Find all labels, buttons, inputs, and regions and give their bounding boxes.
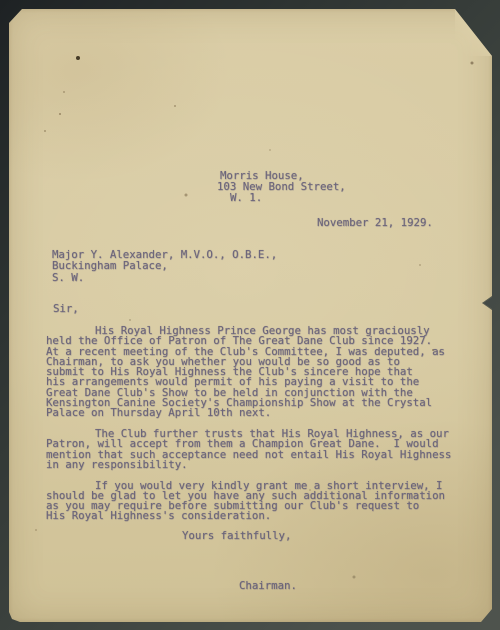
foxing-spots bbox=[9, 9, 11, 11]
body-paragraph-2: The Club further trusts that His Royal H… bbox=[46, 429, 474, 470]
signature-title: Chairman. bbox=[239, 581, 297, 591]
letter-date: November 21, 1929. bbox=[317, 218, 433, 228]
closing-valediction: Yours faithfully, bbox=[182, 531, 291, 541]
body-paragraph-3: If you would very kindly grant me a shor… bbox=[46, 481, 474, 522]
recipient-address: Major Y. Alexander, M.V.O., O.B.E., Buck… bbox=[52, 249, 277, 283]
folded-corner bbox=[455, 9, 492, 56]
letter-page: Morris House, 103 New Bond Street, W. 1.… bbox=[9, 9, 492, 622]
salutation: Sir, bbox=[53, 304, 79, 314]
edge-tear bbox=[482, 296, 492, 310]
body-paragraph-1: His Royal Highness Prince George has mos… bbox=[46, 326, 474, 419]
sender-address-line-3: W. 1. bbox=[230, 193, 262, 203]
photo-backdrop: Morris House, 103 New Bond Street, W. 1.… bbox=[0, 0, 500, 630]
